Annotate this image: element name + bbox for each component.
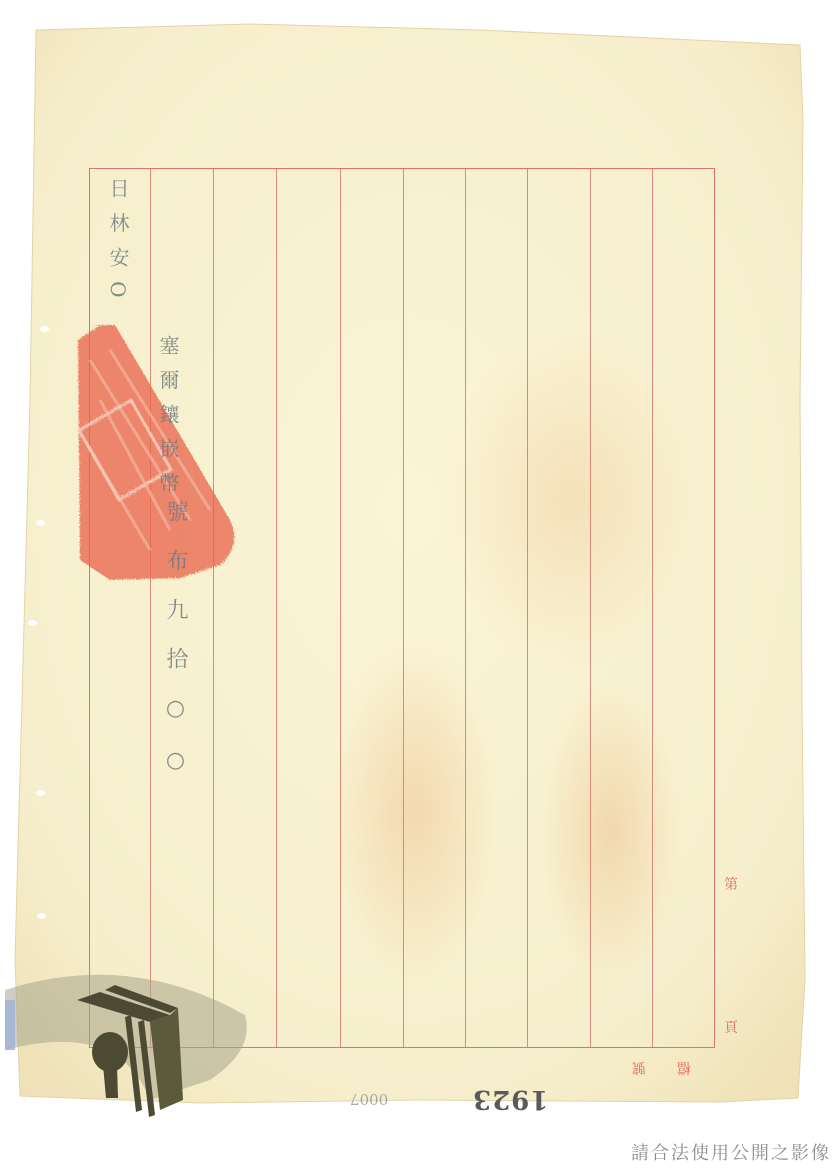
punch-hole [37,913,46,919]
handwritten-note: 塞 爾 鑲 嵌 幣 [154,335,183,496]
archive-book-keyhole-logo-icon [0,960,260,1130]
watermark-caption: 請合法使用公開之影像 [631,1139,831,1165]
column-rule [276,169,277,1047]
handwritten-note: 日 林 安 O [104,178,133,301]
page-suffix-label: 頁 [724,1017,738,1037]
stamped-file-number: 1923 [472,1084,548,1114]
punch-hole [28,620,37,626]
column-rule [652,169,653,1047]
punch-hole [36,790,45,796]
handwritten-note: 號 布 九 拾 ○ ○ [160,500,191,783]
punch-hole [40,326,49,332]
column-rule [150,169,151,1047]
column-rule [340,169,341,1047]
page-prefix-label: 第 [724,874,738,894]
column-rule [465,169,466,1047]
column-rule [527,169,528,1047]
punch-hole [36,520,45,526]
pencil-page-number: 0007 [350,1090,388,1108]
column-rule [590,169,591,1047]
column-rule [403,169,404,1047]
column-rule [213,169,214,1047]
file-number-label: 號 [632,1058,646,1078]
file-number-label: 檔 [677,1058,691,1078]
